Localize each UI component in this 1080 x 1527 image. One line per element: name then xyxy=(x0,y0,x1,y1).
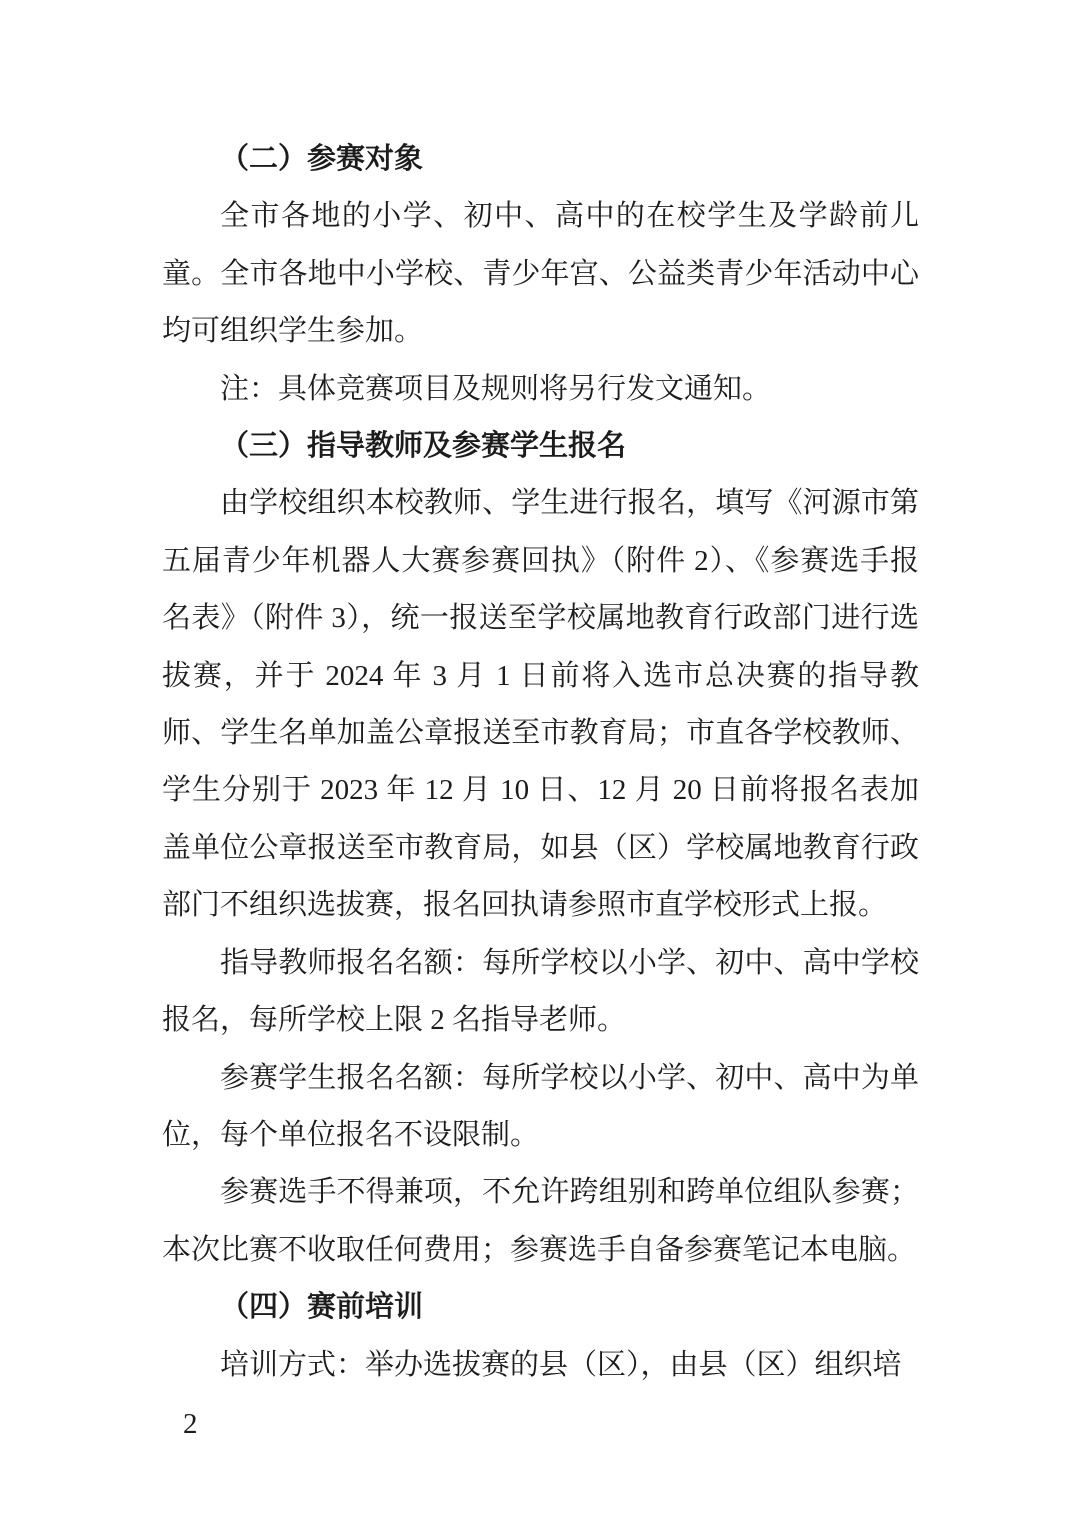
paragraph-registration-process: 由学校组织本校教师、学生进行报名，填写《河源市第五届青少年机器人大赛参赛回执》（… xyxy=(162,475,919,934)
paragraph-student-quota: 参赛学生报名名额：每所学校以小学、初中、高中为单位，每个单位报名不设限制。 xyxy=(162,1050,919,1165)
paragraph-training-method: 培训方式：举办选拔赛的县（区），由县（区）组织培 xyxy=(162,1337,919,1394)
paragraph-participant-scope: 全市各地的小学、初中、高中的在校学生及学龄前儿童。全市各地中小学校、青少年宫、公… xyxy=(162,188,919,360)
paragraph-note: 注：具体竞赛项目及规则将另行发文通知。 xyxy=(162,361,919,418)
paragraph-competition-rules: 参赛选手不得兼项，不允许跨组别和跨单位组队参赛；本次比赛不收取任何费用；参赛选手… xyxy=(162,1164,919,1279)
document-page: （二）参赛对象 全市各地的小学、初中、高中的在校学生及学龄前儿童。全市各地中小学… xyxy=(0,0,1080,1527)
section-heading-registration: （三）指导教师及参赛学生报名 xyxy=(162,418,919,475)
section-heading-participants: （二）参赛对象 xyxy=(162,131,919,188)
page-number: 2 xyxy=(183,1404,198,1444)
paragraph-teacher-quota: 指导教师报名名额：每所学校以小学、初中、高中学校报名，每所学校上限 2 名指导老… xyxy=(162,935,919,1050)
document-body: （二）参赛对象 全市各地的小学、初中、高中的在校学生及学龄前儿童。全市各地中小学… xyxy=(162,131,919,1394)
section-heading-training: （四）赛前培训 xyxy=(162,1279,919,1336)
